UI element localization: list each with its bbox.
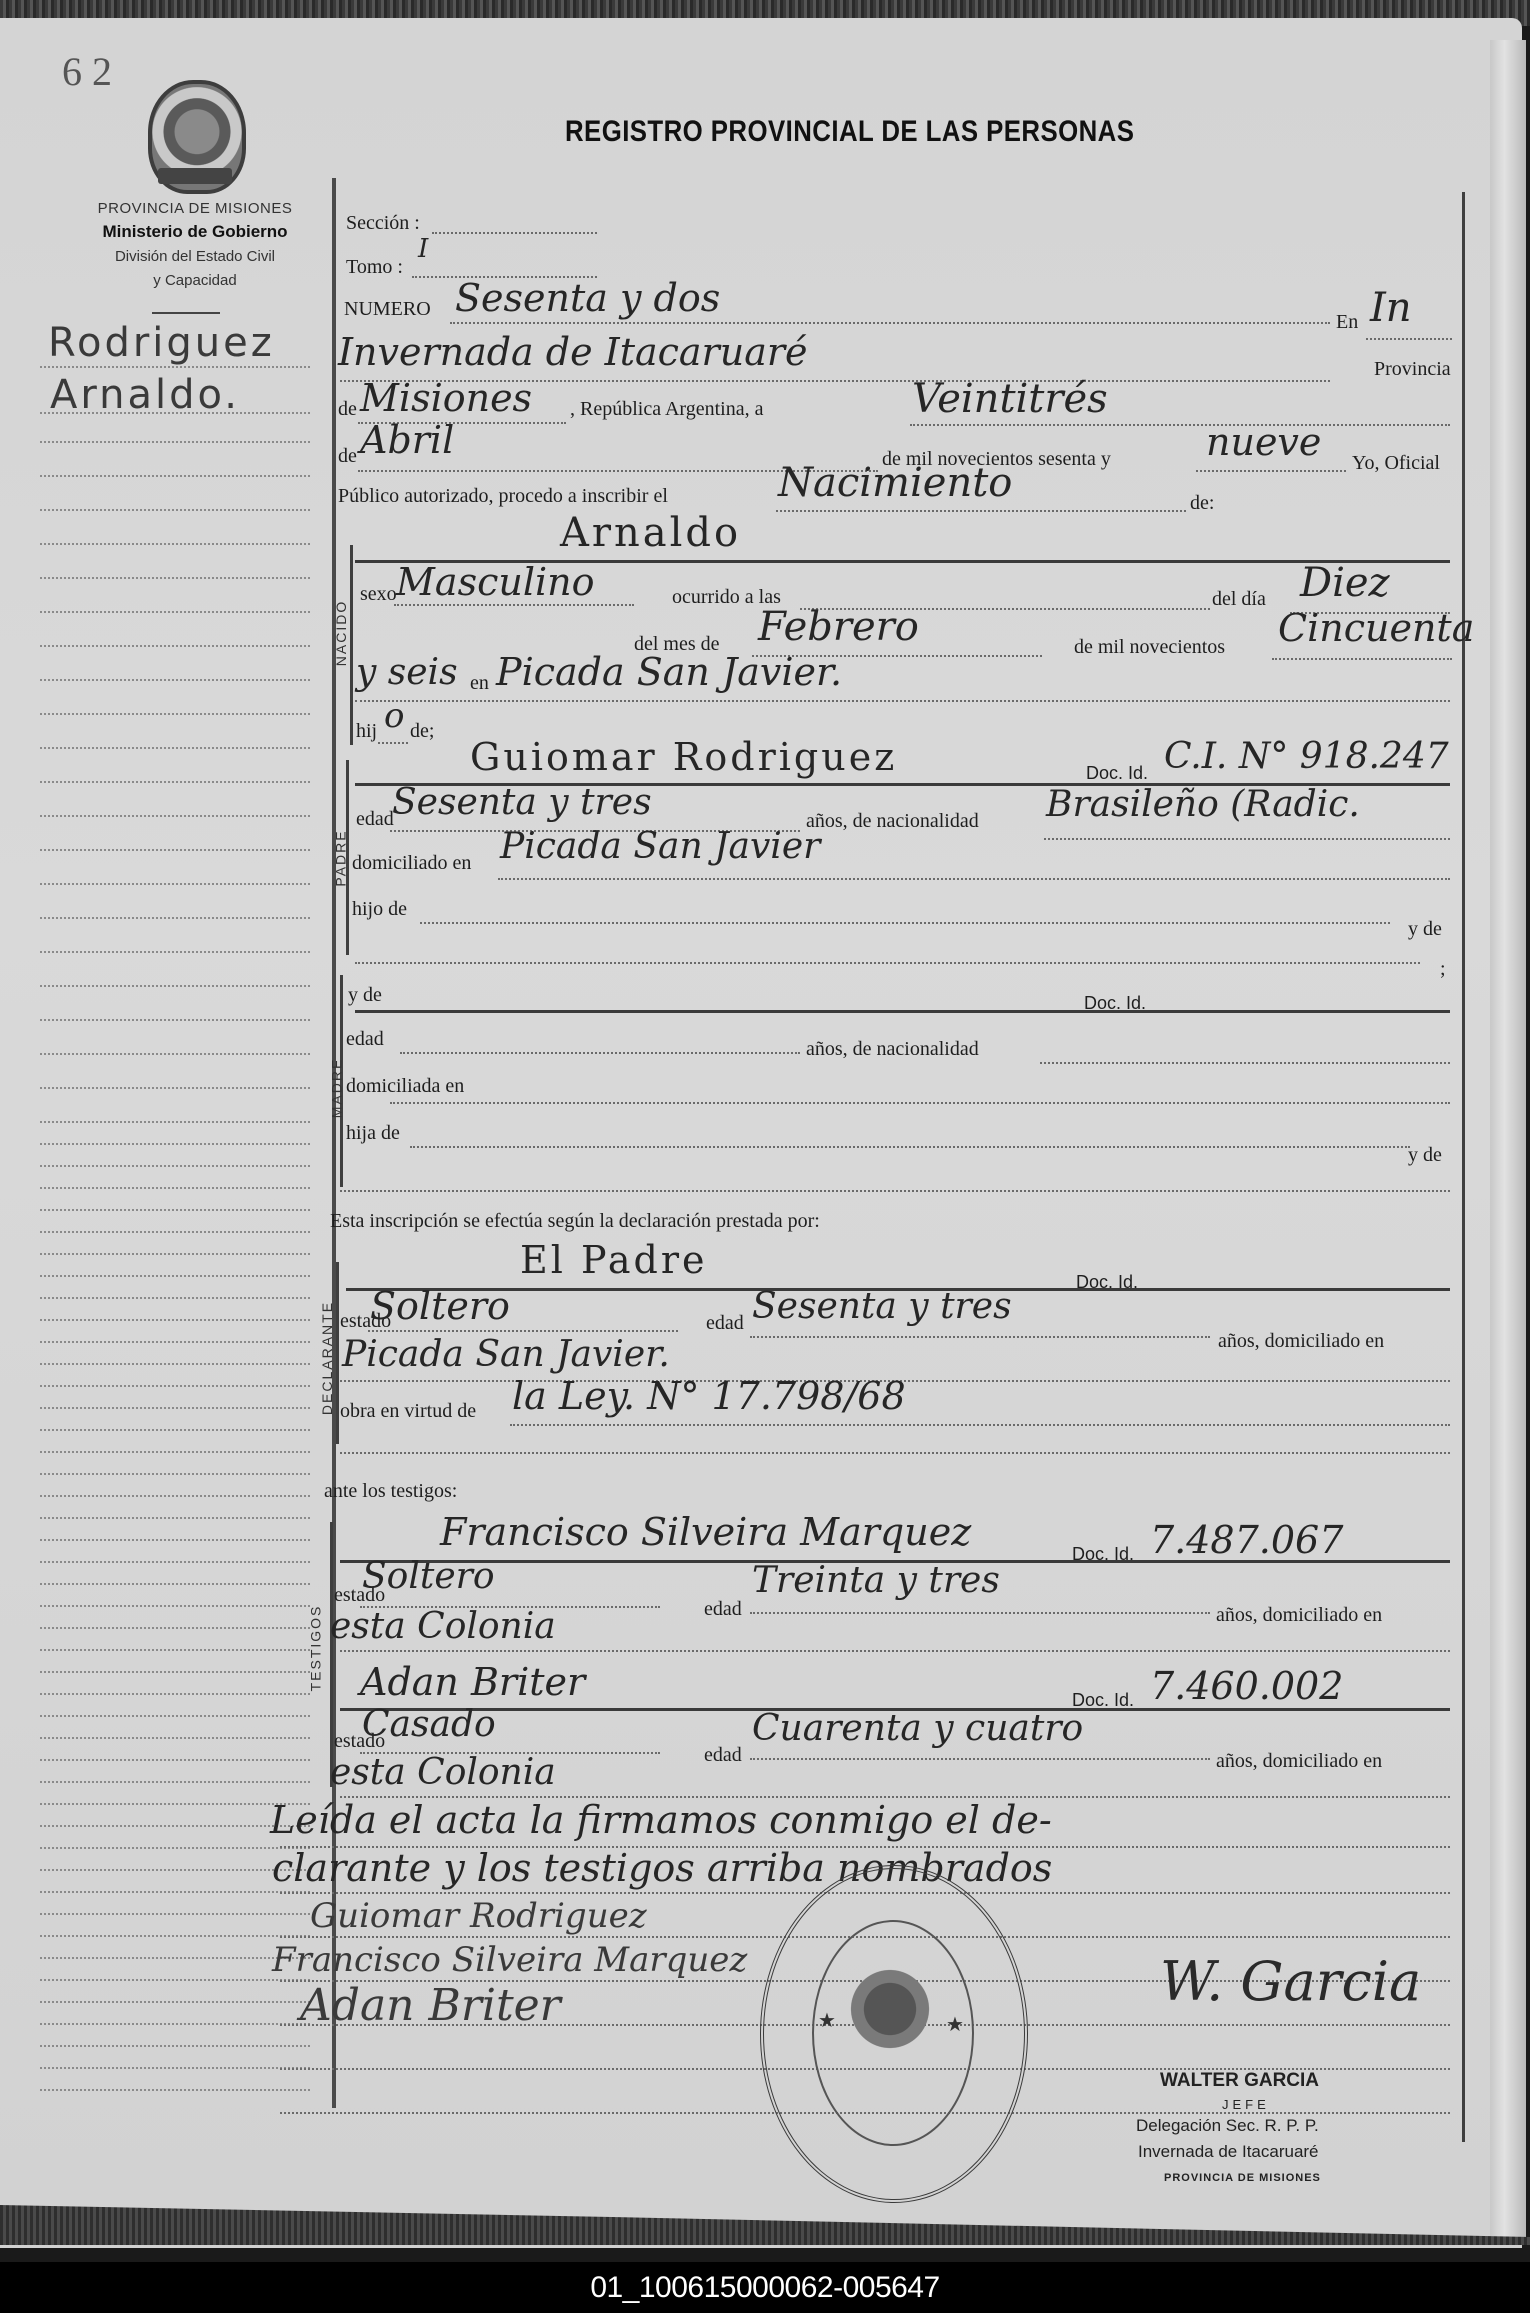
madre-domicilio-label: domiciliada en [346,1075,464,1098]
form-right-border [1462,192,1465,2142]
stamp-office: Delegación Sec. R. P. P. [1136,2116,1319,2136]
padre-doc-value: C.I. N° 918.247 [1164,736,1449,777]
margin-rule [40,917,310,919]
testigo-1-doc-value: 7.487.067 [1150,1518,1343,1562]
declarante-section-label: DECLARANTE [319,1301,335,1415]
provincia-value: Misiones [360,376,532,420]
margin-rule [40,1231,310,1233]
declarante-edad-field[interactable] [750,1336,1210,1338]
margin-rule [40,1583,310,1585]
en-field[interactable] [1366,338,1452,340]
margin-rule [40,747,310,749]
testigo-2-doc-value: 7.460.002 [1150,1664,1343,1708]
madre-y-de-label-2: y de [1408,1144,1442,1167]
madre-domicilio-field[interactable] [390,1102,1450,1104]
margin-rule [40,1319,310,1321]
padre-doc-label: Doc. Id. [1086,763,1148,784]
declarante-bracket [336,1262,339,1444]
testigo-1-edad-field[interactable] [750,1612,1210,1614]
declarante-nombre: El Padre [520,1238,707,1282]
sexo-label: sexo [360,583,397,606]
provincia-label: Provincia [1374,358,1451,381]
declarante-domicilio-value: Picada San Javier. [342,1334,670,1375]
testigo-1-edad-value: Treinta y tres [752,1560,1000,1601]
margin-rule [40,1019,310,1021]
seal-star-icon: ★ [818,2008,836,2033]
hij-field[interactable] [378,742,408,744]
margin-rule [40,1517,310,1519]
lugar-value: Picada San Javier. [496,650,842,694]
declarante-obra-label: obra en virtud de [340,1400,476,1423]
day-field[interactable] [910,424,1450,426]
declarante-edad-value: Sesenta y tres [752,1286,1012,1327]
margin-rule [40,985,310,987]
testigo-2-nombre: Adan Briter [360,1660,585,1704]
padre-semicolon: ; [1440,958,1446,981]
padre-domicilio-label: domiciliado en [352,852,471,875]
anio-label: de mil novecientos [1074,636,1225,659]
margin-rule [40,1935,310,1937]
issuer-division-2: y Capacidad [50,272,340,289]
margin-rule [40,1891,310,1893]
anio-value-2: y seis [356,652,458,693]
signature-testigo-2: Adan Briter [300,1980,561,2031]
margin-rule [40,1473,310,1475]
padre-edad-value: Sesenta y tres [392,782,652,823]
margin-rule [40,1165,310,1167]
de-label: de [338,398,357,421]
testigo-2-domicilio-label: años, domiciliado en [1216,1750,1382,1773]
margin-rule [40,1187,310,1189]
testigo-2-domicilio-value: esta Colonia [330,1752,556,1793]
padre-nombre: Guiomar Rodriguez [470,735,897,779]
margin-rule [40,475,310,477]
testigo-1-domicilio-label: años, domiciliado en [1216,1604,1382,1627]
margin-rule [40,543,310,545]
padre-y-de-label: y de [1408,918,1442,941]
declarante-doc-label: Doc. Id. [1076,1272,1138,1293]
margin-rule [40,1275,310,1277]
margin-rule [40,1715,310,1717]
de-colon-label: de: [1190,492,1214,515]
year-field[interactable] [1196,470,1346,472]
margin-rule [40,951,310,953]
margin-rule [40,611,310,613]
folio-number: 62 [62,48,122,95]
declarante-extra-field[interactable] [340,1452,1450,1454]
scan-id-bar: 01_100615000062-005647 [0,2262,1530,2313]
madre-nacionalidad-label: años, de nacionalidad [806,1038,979,1061]
margin-rule [40,2067,310,2069]
margin-rule [40,713,310,715]
signature-testigo-1: Francisco Silveira Marquez [272,1940,747,1980]
margin-rule [40,1605,310,1607]
republica-label: , República Argentina, a [570,398,763,421]
declarante-domicilio-label: años, domiciliado en [1218,1330,1384,1353]
margin-rule [40,1649,310,1651]
margin-rule [40,1957,310,1959]
seal-coat-of-arms-icon [848,1960,932,2058]
margin-rule [40,1847,310,1849]
padre-nacionalidad-field[interactable] [1044,838,1450,840]
testigo-1-domicilio-field[interactable] [340,1650,1450,1652]
margin-rule [40,781,310,783]
page-edge-right [1490,40,1526,2240]
madre-edad-label: edad [346,1028,384,1051]
margin-rule [40,2045,310,2047]
hij-label: hij [356,720,377,743]
testigo-1-doc-label: Doc. Id. [1072,1544,1134,1565]
madre-y-de-label: y de [348,984,382,1007]
madre-doc-label: Doc. Id. [1084,993,1146,1014]
margin-surname: Rodriguez [48,320,275,366]
section-rule [355,1010,1450,1013]
declarante-obra-value: la Ley. N° 17.798/68 [512,1374,906,1418]
margin-rule [40,1429,310,1431]
madre-hija-de-label: hija de [346,1122,400,1145]
testigo-2-estado-value: Casado [362,1704,496,1745]
stamp-location: Invernada de Itacaruaré [1138,2142,1319,2162]
seccion-label: Sección : [346,212,420,235]
declaracion-intro: Esta inscripción se efectúa según la dec… [330,1210,820,1233]
declarante-estado-value: Soltero [370,1284,510,1328]
margin-rule [40,366,310,368]
testigos-intro: ante los testigos: [324,1480,457,1503]
margin-rule [40,1121,310,1123]
page-title: REGISTRO PROVINCIAL DE LAS PERSONAS [565,115,1134,149]
en-label: En [1336,311,1358,334]
margin-rule [40,1869,310,1871]
margin-rule [40,645,310,647]
dia-label: del día [1212,588,1266,611]
margin-rule [40,1781,310,1783]
margin-rule [40,1385,310,1387]
testigo-2-edad-field[interactable] [750,1758,1210,1760]
margin-rule [40,2089,310,2091]
margin-rule [40,849,310,851]
numero-value: Sesenta y dos [455,276,720,320]
margin-rule [40,509,310,511]
numero-label: NUMERO [344,298,431,321]
margin-rule [40,679,310,681]
publico-label: Público autorizado, procedo a inscribir … [338,485,668,508]
acto-value: Nacimiento [778,460,1012,506]
margin-rule [40,1053,310,1055]
declarante-obra-field[interactable] [510,1424,1450,1426]
dia-value: Diez [1300,560,1390,606]
testigo-1-edad-label: edad [704,1598,742,1621]
margin-rule [40,1561,310,1563]
anio-field[interactable] [1272,658,1452,660]
padre-hijo-de-field[interactable] [420,922,1390,924]
en-value: In [1370,285,1412,331]
padre-domicilio-value: Picada San Javier [500,826,820,867]
official-signature: W. Garcia [1160,1950,1421,2013]
madre-section-label: MADRE [328,1058,344,1119]
margin-rule [40,2023,310,2025]
madre-y-de-field[interactable] [340,1190,1450,1192]
madre-hija-de-field[interactable] [410,1146,1410,1148]
margin-rule [40,1087,310,1089]
testigos-bracket [330,1522,333,1787]
child-name: Arnaldo [560,510,741,556]
testigos-section-label: TESTIGOS [307,1605,323,1692]
margin-rule [40,1627,310,1629]
stamp-official-name: WALTER GARCIA [1160,2070,1319,2092]
margin-rule [40,883,310,885]
margin-rule [40,1297,310,1299]
tomo-value: I [418,234,428,264]
stamp-province: PROVINCIA DE MISIONES [1164,2172,1321,2184]
year-value: nueve [1206,420,1321,464]
issuer-ministry: Ministerio de Gobierno [50,222,340,242]
margin-rule [40,1363,310,1365]
issuer-province: PROVINCIA DE MISIONES [50,200,340,217]
issuer-division: División del Estado Civil [50,248,340,265]
hij-value: o [384,696,404,736]
padre-y-de-field[interactable] [355,962,1420,964]
margin-rule [40,1737,310,1739]
stamp-official-role: JEFE [1222,2097,1270,2112]
numero-field[interactable] [450,322,1330,324]
margin-rule [40,1495,310,1497]
anio-value-1: Cincuenta [1278,606,1474,650]
de-label-2: de [338,445,357,468]
testigo-1-estado-value: Soltero [362,1556,495,1597]
testigo-1-nombre: Francisco Silveira Marquez [440,1510,971,1554]
padre-hijo-de-label: hijo de [352,898,407,921]
madre-nacionalidad-field[interactable] [1040,1062,1450,1064]
place-value: Invernada de Itacaruaré [338,330,808,374]
nacido-section-label: NACIDO [333,600,349,666]
month-value: Abril [360,418,454,462]
testigo-2-edad-value: Cuarenta y cuatro [752,1708,1083,1749]
lugar-field[interactable] [355,700,1450,702]
declarante-estado-field[interactable] [368,1330,678,1332]
acto-field[interactable] [776,510,1186,512]
margin-rule [40,441,310,443]
margin-rule [40,1253,310,1255]
sexo-value: Masculino [396,560,594,604]
margin-rule [40,1913,310,1915]
tomo-label: Tomo : [346,256,403,279]
margin-rule [40,412,310,414]
de-semicolon-label: de; [410,720,434,743]
margin-rule [40,1671,310,1673]
margin-rule [40,815,310,817]
divider [152,312,220,314]
padre-edad-label: edad [356,808,394,831]
signature-padre: Guiomar Rodriguez [310,1896,647,1936]
closing-line-1: Leída el acta la firmamos conmigo el de- [270,1798,1052,1842]
padre-nacionalidad-label: años, de nacionalidad [806,810,979,833]
margin-rule [40,577,310,579]
padre-nacionalidad-value: Brasileño (Radic. [1046,784,1360,825]
margin-rule [40,1407,310,1409]
crest-banner-icon [158,168,232,184]
testigo-2-edad-label: edad [704,1744,742,1767]
seal-star-icon: ★ [946,2012,964,2037]
seccion-field[interactable] [432,232,597,234]
oficial-label: Yo, Oficial [1352,452,1440,475]
margin-rule [40,2001,310,2003]
padre-section-label: PADRE [333,829,349,886]
margin-rule [40,1143,310,1145]
sexo-field[interactable] [394,604,634,606]
margin-rule [40,1693,310,1695]
testigo-1-domicilio-value: esta Colonia [330,1606,556,1647]
scan-id: 01_100615000062-005647 [590,2271,939,2305]
margin-rule [40,1341,310,1343]
nacido-bracket [350,545,353,745]
margin-rule [40,1759,310,1761]
margin-rule [40,1209,310,1211]
declarante-edad-label: edad [706,1312,744,1335]
day-value: Veintitrés [912,376,1108,422]
margin-rule [40,1451,310,1453]
en-lugar-label: en [470,672,489,695]
madre-edad-field[interactable] [400,1052,800,1054]
padre-domicilio-field[interactable] [498,878,1450,880]
margin-rule [40,1539,310,1541]
mes-value: Febrero [758,604,919,650]
margin-rule [40,1979,310,1981]
